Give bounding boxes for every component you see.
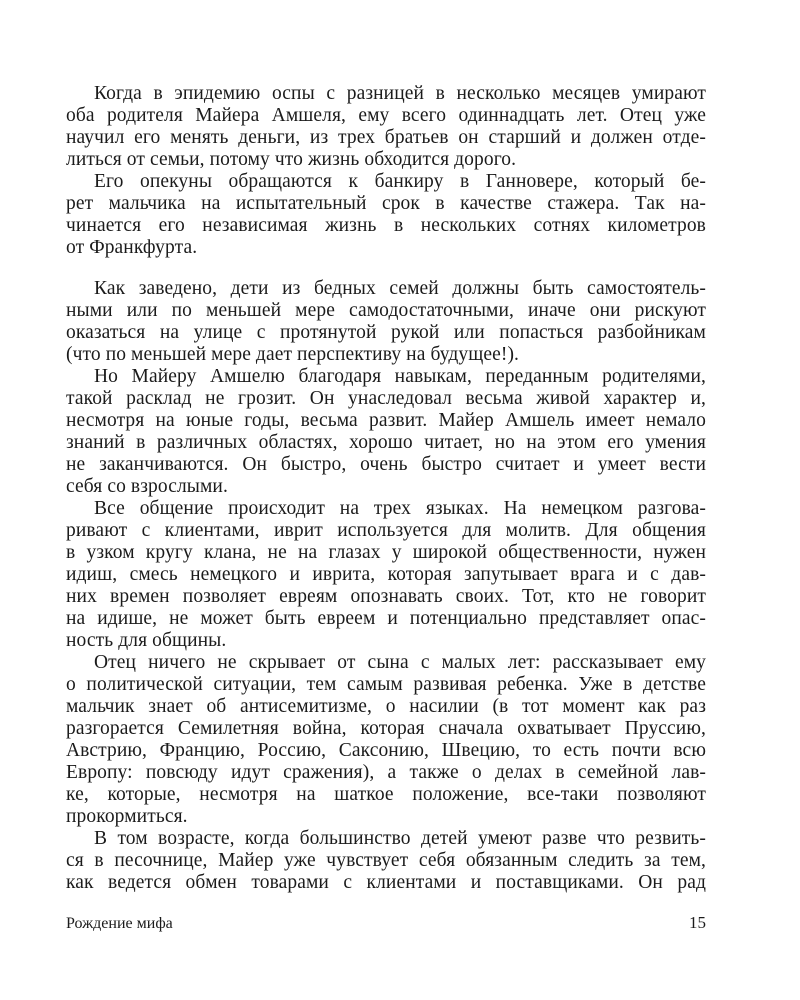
- text-line: Все общение происходит на трех языках. Н…: [66, 498, 706, 520]
- text-line: несмотря на юные годы, весьма развит. Ма…: [66, 410, 706, 432]
- paragraph: Но Майеру Амшелю благодаря навыкам, пере…: [66, 366, 706, 498]
- text-line: научил его менять деньги, из трех братье…: [66, 127, 706, 149]
- text-line: не заканчиваются. Он быстро, очень быстр…: [66, 454, 706, 476]
- text-line: прокормиться.: [66, 806, 706, 828]
- page-number: 15: [689, 913, 706, 933]
- text-line: Отец ничего не скрывает от сына с малых …: [66, 652, 706, 674]
- paragraph: Отец ничего не скрывает от сына с малых …: [66, 652, 706, 828]
- running-title: Рождение мифа: [66, 914, 173, 934]
- text-line: (что по меньшей мере дает перспективу на…: [66, 344, 706, 366]
- text-line: в узком кругу клана, не на глазах у широ…: [66, 542, 706, 564]
- text-line: как ведется обмен товарами с клиентами и…: [66, 872, 706, 894]
- text-line: ке, которые, несмотря на шаткое положени…: [66, 784, 706, 806]
- text-line: Как заведено, дети из бедных семей должн…: [66, 278, 706, 300]
- text-line: рет мальчика на испытательный срок в кач…: [66, 193, 706, 215]
- paragraph: Его опекуны обращаются к банкиру в Ганно…: [66, 171, 706, 259]
- text-line: от Франкфурта.: [66, 237, 706, 259]
- text-line: идиш, смесь немецкого и иврита, которая …: [66, 564, 706, 586]
- text-line: Но Майеру Амшелю благодаря навыкам, пере…: [66, 366, 706, 388]
- text-line: оба родителя Майера Амшеля, ему всего од…: [66, 105, 706, 127]
- text-line: чинается его независимая жизнь в несколь…: [66, 215, 706, 237]
- text-line: оказаться на улице с протянутой рукой ил…: [66, 322, 706, 344]
- body-text: Когда в эпидемию оспы с разницей в неско…: [66, 83, 706, 894]
- paragraph: Как заведено, дети из бедных семей должн…: [66, 278, 706, 366]
- text-line: В том возрасте, когда большинство детей …: [66, 828, 706, 850]
- text-line: ся в песочнице, Майер уже чувствует себя…: [66, 850, 706, 872]
- text-line: Когда в эпидемию оспы с разницей в неско…: [66, 83, 706, 105]
- text-line: на идише, не может быть евреем и потенци…: [66, 608, 706, 630]
- text-line: мальчик знает об антисемитизме, о насили…: [66, 696, 706, 718]
- text-line: литься от семьи, потому что жизнь обходи…: [66, 149, 706, 171]
- text-line: них времен позволяет евреям опознавать с…: [66, 586, 706, 608]
- text-line: такой расклад не грозит. Он унаследовал …: [66, 388, 706, 410]
- text-line: знаний в различных областях, хорошо чита…: [66, 432, 706, 454]
- text-line: о политической ситуации, тем самым разви…: [66, 674, 706, 696]
- text-line: Европу: повсюду идут сражения), а также …: [66, 762, 706, 784]
- text-line: разгорается Семилетняя война, которая сн…: [66, 718, 706, 740]
- text-line: Его опекуны обращаются к банкиру в Ганно…: [66, 171, 706, 193]
- book-page: Когда в эпидемию оспы с разницей в неско…: [0, 0, 800, 1000]
- text-line: ность для общины.: [66, 630, 706, 652]
- text-line: Австрию, Францию, Россию, Саксонию, Швец…: [66, 740, 706, 762]
- paragraph: Все общение происходит на трех языках. Н…: [66, 498, 706, 652]
- text-line: ривают с клиентами, иврит используется д…: [66, 520, 706, 542]
- page-footer: Рождение мифа 15: [66, 913, 706, 934]
- text-line: себя со взрослыми.: [66, 476, 706, 498]
- paragraph: Когда в эпидемию оспы с разницей в неско…: [66, 83, 706, 171]
- text-line: ными или по меньшей мере самодостаточным…: [66, 300, 706, 322]
- paragraph: В том возрасте, когда большинство детей …: [66, 828, 706, 894]
